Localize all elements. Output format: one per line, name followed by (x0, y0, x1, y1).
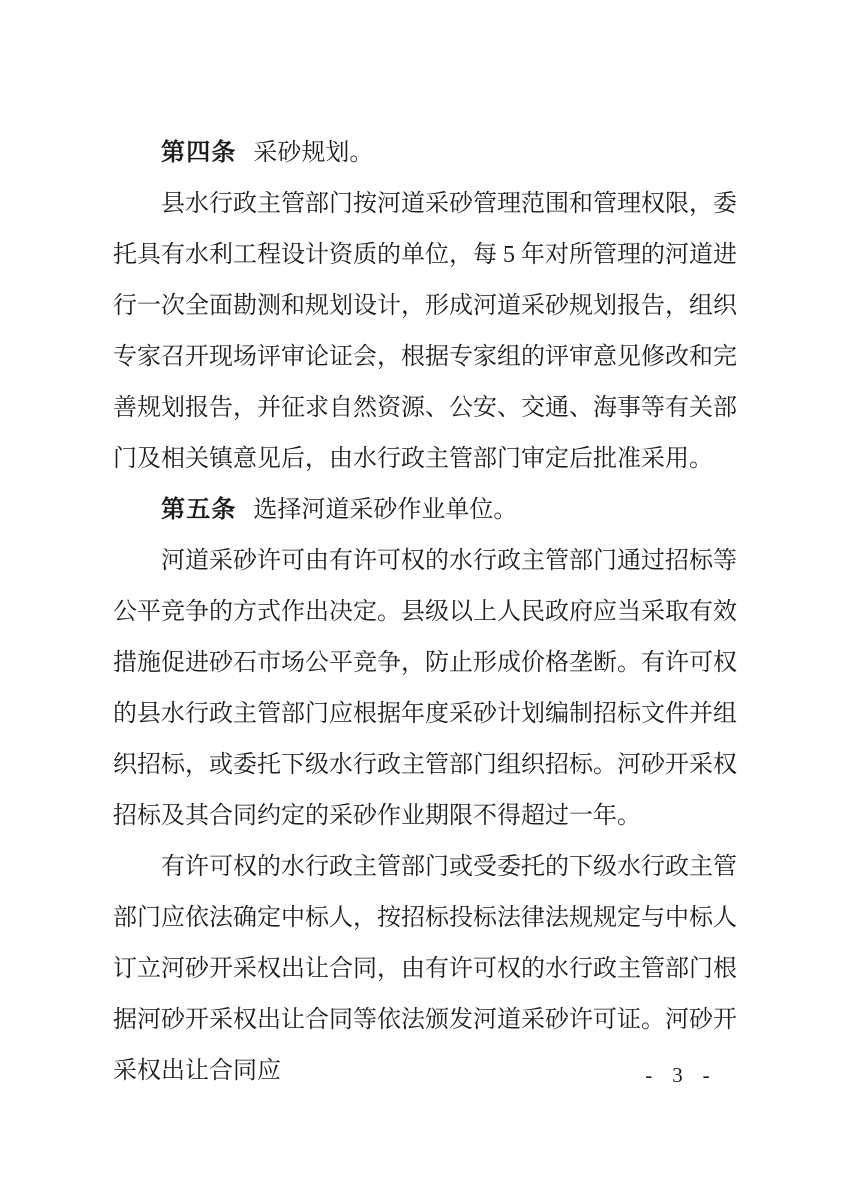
body-paragraph: 河道采砂许可由有许可权的水行政主管部门通过招标等公平竞争的方式作出决定。县级以上… (113, 536, 737, 842)
document-body: 第四条采砂规划。县水行政主管部门按河道采砂管理范围和管理权限，委托具有水利工程设… (113, 128, 737, 1097)
article-heading: 第四条采砂规划。 (113, 128, 737, 179)
article-number: 第五条 (161, 497, 237, 523)
page-number: - 3 - (645, 1060, 717, 1090)
article-title: 采砂规划。 (253, 140, 373, 166)
article-heading: 第五条选择河道采砂作业单位。 (113, 485, 737, 536)
body-paragraph: 有许可权的水行政主管部门或受委托的下级水行政主管部门应依法确定中标人，按招标投标… (113, 842, 737, 1097)
article-number: 第四条 (161, 140, 237, 166)
document-page: 第四条采砂规划。县水行政主管部门按河道采砂管理范围和管理权限，委托具有水利工程设… (0, 0, 850, 1201)
article-title: 选择河道采砂作业单位。 (253, 497, 517, 523)
body-paragraph: 县水行政主管部门按河道采砂管理范围和管理权限，委托具有水利工程设计资质的单位，每… (113, 179, 737, 485)
